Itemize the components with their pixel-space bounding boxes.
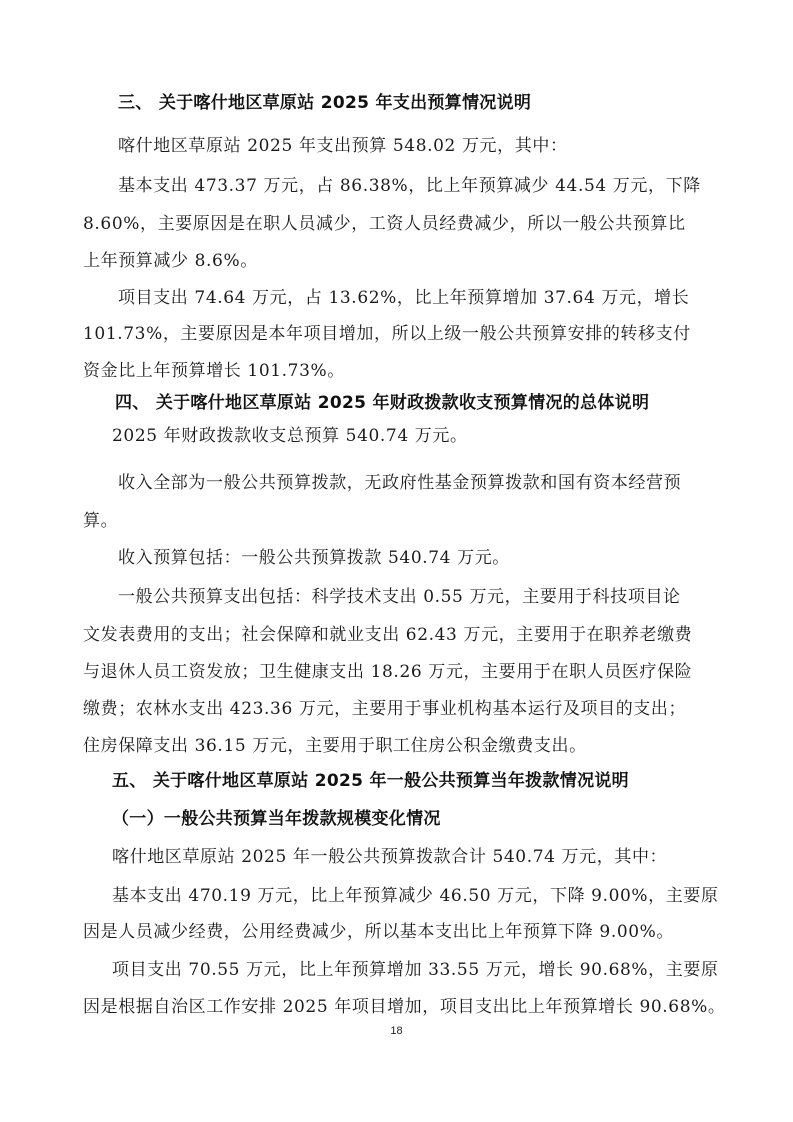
paragraph-line: 文发表费用的支出；社会保障和就业支出 62.43 万元，主要用于在职养老缴费 (83, 624, 692, 646)
paragraph-line: 喀什地区草原站 2025 年一般公共预算拨款合计 540.74 万元，其中： (112, 846, 667, 868)
page-number: 18 (0, 1025, 793, 1037)
paragraph-line: 算。 (83, 510, 118, 532)
section-heading-4: 四、 关于喀什地区草原站 2025 年财政拨款收支预算情况的总体说明 (115, 392, 649, 414)
section-heading-5: 五、 关于喀什地区草原站 2025 年一般公共预算当年拨款情况说明 (112, 770, 629, 792)
paragraph-line: 与退休人员工资发放；卫生健康支出 18.26 万元，主要用于在职人员医疗保险 (83, 661, 692, 683)
paragraph-line: 一般公共预算支出包括：科学技术支出 0.55 万元，主要用于科技项目论 (118, 586, 681, 608)
paragraph-line: 101.73%，主要原因是本年项目增加，所以上级一般公共预算安排的转移支付 (83, 323, 691, 345)
paragraph-line: 基本支出 473.37 万元，占 86.38%，比上年预算减少 44.54 万元… (118, 175, 701, 197)
paragraph-line: 8.60%，主要原因是在职人员减少，工资人员经费减少，所以一般公共预算比 (83, 213, 686, 235)
paragraph-line: 缴费；农林水支出 423.36 万元，主要用于事业机构基本运行及项目的支出； (83, 698, 686, 720)
paragraph-line: 资金比上年预算增长 101.73%。 (83, 360, 345, 382)
paragraph-line: 项目支出 70.55 万元，比上年预算增加 33.55 万元，增长 90.68%… (112, 959, 719, 981)
paragraph-line: 上年预算减少 8.6%。 (83, 250, 258, 272)
paragraph-line: 项目支出 74.64 万元，占 13.62%，比上年预算增加 37.64 万元，… (118, 287, 689, 309)
paragraph-line: 收入预算包括：一般公共预算拨款 540.74 万元。 (118, 547, 510, 569)
subsection-heading: （一）一般公共预算当年拨款规模变化情况 (112, 808, 441, 830)
section-heading-3: 三、 关于喀什地区草原站 2025 年支出预算情况说明 (118, 92, 531, 114)
paragraph-line: 收入全部为一般公共预算拨款，无政府性基金预算拨款和国有资本经营预 (118, 472, 681, 494)
paragraph-line: 因是根据自治区工作安排 2025 年项目增加，项目支出比上年预算增长 90.68… (83, 996, 726, 1018)
paragraph-line: 基本支出 470.19 万元，比上年预算减少 46.50 万元，下降 9.00%… (112, 885, 719, 907)
paragraph-line: 喀什地区草原站 2025 年支出预算 548.02 万元，其中： (118, 135, 568, 157)
paragraph-line: 2025 年财政拨款收支总预算 540.74 万元。 (112, 425, 468, 447)
paragraph-line: 住房保障支出 36.15 万元，主要用于职工住房公积金缴费支出。 (83, 735, 587, 757)
paragraph-line: 因是人员减少经费，公用经费减少，所以基本支出比上年预算下降 9.00%。 (83, 921, 674, 943)
document-page: 三、 关于喀什地区草原站 2025 年支出预算情况说明 喀什地区草原站 2025… (0, 0, 793, 1122)
